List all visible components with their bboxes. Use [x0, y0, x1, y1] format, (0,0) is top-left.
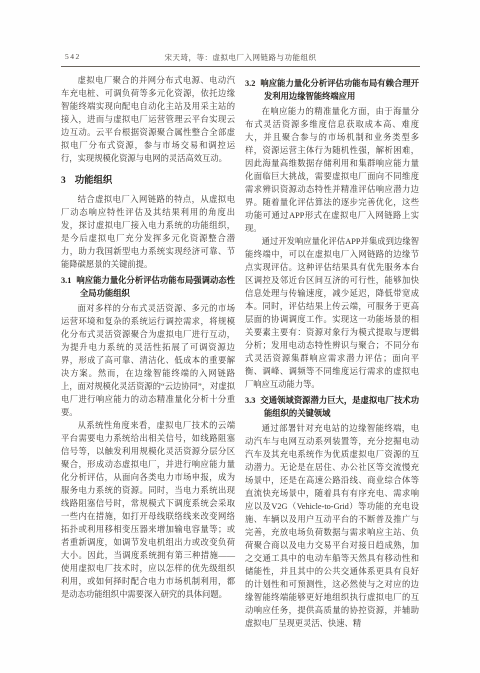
subsection-number: 3.3 [245, 396, 255, 405]
section-title: 功能组织 [75, 176, 113, 186]
subsection-title: 交通领域资源潜力巨大，是虚拟电厂技术功能组织的关键领域 [260, 396, 419, 418]
intro-paragraph: 虚拟电厂聚合的并网分布式电源、电动汽车充电桩、可调负荷等多元化资源，依托边缘智能… [61, 74, 235, 165]
subsection-heading-3-2: 3.2响应能力量化分析评估功能布局有赖合理开发利用边缘智能终端应用 [245, 77, 419, 103]
subsection-title: 响应能力量化分析评估功能布局有赖合理开发利用边缘智能终端应用 [260, 79, 419, 101]
page-number: 542 [65, 52, 81, 61]
section3-lead-paragraph: 结合虚拟电厂入网链路的特点，从虚拟电厂动态响应特性评估及其结果利用的角度出发，探… [61, 193, 235, 271]
left-column: 虚拟电厂聚合的并网分布式电源、电动汽车充电桩、可调负荷等多元化资源，依托边缘智能… [61, 74, 235, 630]
subsection-3-2-paragraph-2: 通过开发响应量化评估APP并集成到边缘智能终端中，可以在虚拟电厂入网链路的边缘节… [245, 235, 419, 391]
subsection-3-1-paragraph-1: 面对多样的分布式灵活资源、多元的市场运营环境和复杂的系统运行调控需求，将规模化分… [61, 302, 235, 419]
subsection-number: 3.1 [61, 276, 71, 285]
subsection-number: 3.2 [245, 79, 255, 88]
subsection-title: 响应能力量化分析评估功能布局强调动态性全局功能组织 [76, 276, 235, 298]
running-title: 宋天琦，等：虚拟电厂入网链路与功能组织 [61, 52, 420, 63]
page-content: 542 宋天琦，等：虚拟电厂入网链路与功能组织 虚拟电厂聚合的并网分布式电源、电… [61, 52, 420, 630]
section-number: 3 [61, 176, 66, 186]
header-rule [61, 66, 420, 67]
two-column-body: 虚拟电厂聚合的并网分布式电源、电动汽车充电桩、可调负荷等多元化资源，依托边缘智能… [61, 74, 420, 630]
journal-page: 542 宋天琦，等：虚拟电厂入网链路与功能组织 虚拟电厂聚合的并网分布式电源、电… [0, 0, 480, 673]
subsection-heading-3-3: 3.3交通领域资源潜力巨大，是虚拟电厂技术功能组织的关键领域 [245, 394, 419, 420]
subsection-heading-3-1: 3.1响应能力量化分析评估功能布局强调动态性全局功能组织 [61, 274, 235, 300]
subsection-3-2-paragraph-1: 在响应能力的精准量化方面，由于海量分布式灵活资源多维度信息获取成本高、难度大，并… [245, 105, 419, 235]
section-heading-3: 3功能组织 [61, 175, 235, 188]
right-column: 3.2响应能力量化分析评估功能布局有赖合理开发利用边缘智能终端应用 在响应能力的… [245, 74, 419, 630]
page-header: 542 宋天琦，等：虚拟电厂入网链路与功能组织 [61, 52, 420, 63]
subsection-3-3-paragraph-1: 通过部署针对充电站的边缘智能终端，电动汽车与电网互动系列装置等，充分挖掘电动汽车… [245, 422, 419, 630]
subsection-3-1-paragraph-2: 从系统性角度来看，虚拟电厂技术的云端平台需要电力系统给出相关信号，如线路阻塞信号… [61, 419, 235, 601]
